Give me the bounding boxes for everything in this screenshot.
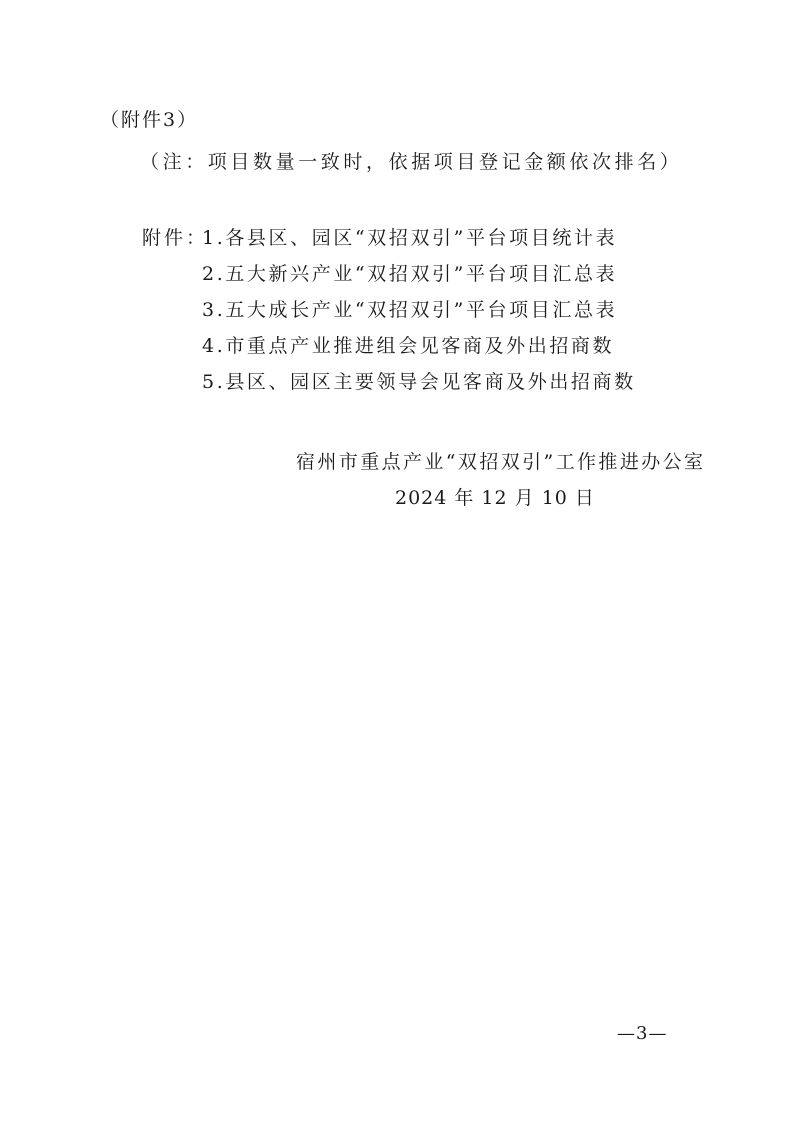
- signature-date: 2024 年 12 月 10 日: [395, 486, 595, 510]
- document-page: （附件3） （注：项目数量一致时，依据项目登记金额依次排名） 附件： 1.各县区…: [0, 0, 793, 1122]
- signature-organization: 宿州市重点产业“双招双引”工作推进办公室: [296, 450, 705, 474]
- attachment-item: 4.市重点产业推进组会见客商及外出招商数: [202, 334, 614, 358]
- attachments-prefix: 附件：: [142, 226, 208, 250]
- attachment-item: 1.各县区、园区“双招双引”平台项目统计表: [202, 226, 617, 250]
- page-number: —3—: [617, 1023, 667, 1045]
- attachment-item: 5.县区、园区主要领导会见客商及外出招商数: [202, 370, 636, 394]
- attachment-header-label: （附件3）: [100, 108, 198, 132]
- ranking-note: （注：项目数量一致时，依据项目登记金额依次排名）: [140, 150, 682, 174]
- attachment-item: 2.五大新兴产业“双招双引”平台项目汇总表: [202, 262, 617, 286]
- attachment-item: 3.五大成长产业“双招双引”平台项目汇总表: [202, 298, 617, 322]
